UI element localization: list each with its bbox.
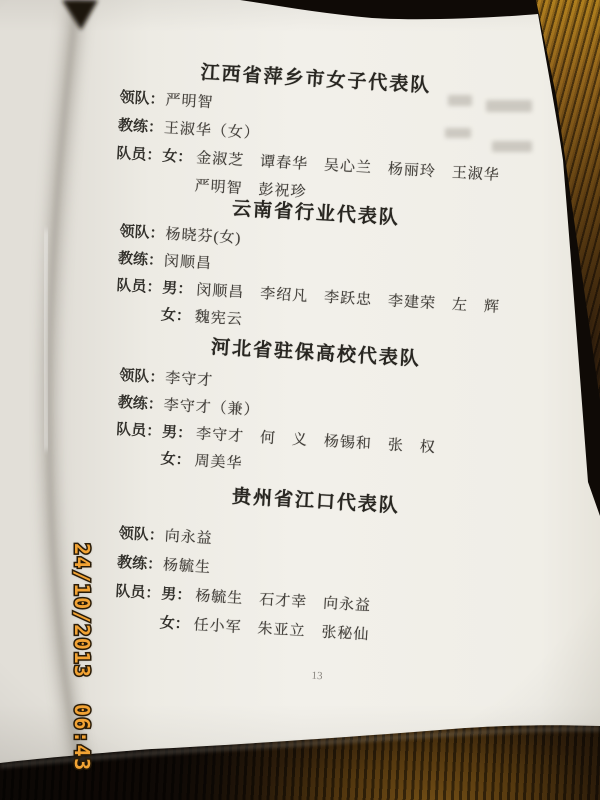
coach-label: 教练： — [117, 393, 164, 416]
member-names: 杨毓生 石才幸 向永益 — [195, 586, 372, 616]
gender-prefix: 女： — [162, 147, 197, 169]
member-names: 任小军 朱亚立 张秘仙 — [193, 615, 370, 645]
coach-label: 教练： — [117, 553, 164, 576]
leader-label: 领队： — [118, 524, 165, 547]
gender-prefix: 女： — [159, 613, 194, 635]
gender-prefix: 女： — [160, 449, 195, 471]
gender-prefix: 男： — [162, 422, 197, 444]
leader-label: 领队： — [119, 366, 166, 389]
leader-name: 李守才 — [165, 369, 214, 392]
members-label: 队员： — [114, 420, 163, 477]
leader-label: 领队： — [119, 88, 166, 111]
gender-prefix: 男： — [162, 279, 197, 301]
coach-name: 闵顺昌 — [163, 252, 212, 275]
members-row: 队员： 男： 杨毓生 石才幸 向永益 女： 任小军 朱亚立 张秘仙 — [113, 582, 506, 662]
camera-timestamp: 24/10/2013 06:43 — [70, 543, 94, 772]
team-section-guizhou: 贵州省江口代表队 领队： 向永益 教练： 杨毓生 队员： 男： 杨毓生 石才幸 … — [112, 478, 511, 671]
leader-name: 杨晓芬(女) — [165, 225, 242, 249]
team-section-hebei: 河北省驻保高校代表队 领队： 李守才 教练： 李守才（兼） 队员： 男： 李守才… — [113, 330, 511, 503]
members-label: 队员： — [114, 276, 163, 333]
member-lines: 男： 杨毓生 石才幸 向永益 女： 任小军 朱亚立 张秘仙 — [159, 584, 372, 654]
gender-prefix: 男： — [161, 584, 196, 606]
member-names: 魏宪云 — [194, 307, 243, 330]
coach-label: 教练： — [117, 116, 164, 139]
member-names: 周美华 — [194, 451, 243, 474]
left-page-text-fragment: ） — [0, 101, 9, 122]
leader-name: 严明智 — [165, 91, 214, 114]
member-line: 男： 杨毓生 石才幸 向永益 — [161, 584, 372, 616]
members-label: 队员： — [113, 582, 162, 643]
coach-label: 教练： — [117, 249, 164, 272]
coach-name: 杨毓生 — [162, 556, 211, 579]
leader-name: 向永益 — [164, 527, 213, 550]
member-line: 女： 任小军 朱亚立 张秘仙 — [159, 613, 370, 645]
leader-label: 领队： — [119, 222, 166, 245]
coach-name: 李守才（兼） — [163, 396, 260, 421]
coach-name: 王淑华（女） — [163, 119, 260, 144]
book-photo: ） 江西省萍乡市女子代表队 领队： 严明智 教练： 王淑华（女） 队员： 女： … — [0, 0, 600, 800]
gender-prefix: 女： — [160, 305, 195, 327]
